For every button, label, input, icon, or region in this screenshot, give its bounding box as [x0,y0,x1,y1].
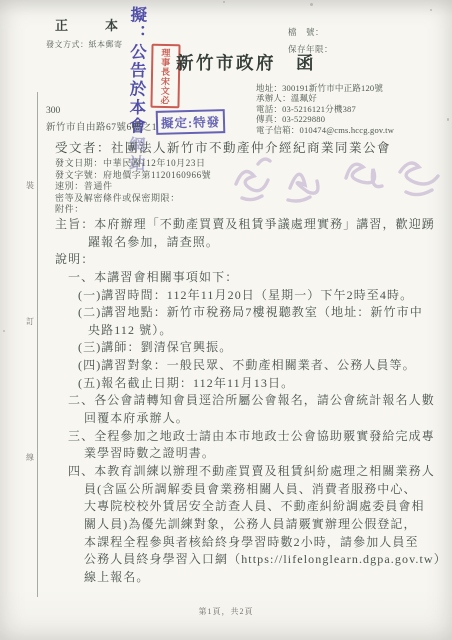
faint-stamp-handwriting-mark [222,138,450,216]
body-line: 員(含區公所調解委員會業務相關人員、消費者服務中心、 [0,481,452,499]
doc-field-line: 附件： [55,204,211,216]
document-title: 新竹市政府 函 [176,50,316,75]
contact-line: 傳真：03-5229880 [256,114,394,124]
body-line: 線上報名。 [0,569,452,587]
contact-line: 承辦人：溫珮好 [256,93,394,103]
body-line: 本課程全程參與者核給終身學習時數2小時，請參加人員至 [0,534,452,552]
body-line: 業學習時數之證明書。 [0,445,452,463]
body-line: 說明： [0,251,452,269]
body-line: 公務人員終身學習入口網（https://lifelonglearn.dgpa.g… [0,551,452,569]
scan-noise-speck [3,330,5,332]
doc-field-line: 發文日期：中華民國112年10月23日 [55,158,211,170]
binding-mark-ding: 訂 [26,316,34,327]
recipient-postal-code: 300 [46,106,60,116]
scan-noise-speck [310,3,313,6]
body-line: (三)講師：劉清保官興振。 [0,339,452,357]
scanned-letter-page: 正 本 發文方式：紙本郵寄 檔 號：保存年限： 擬：公告於本會網站 理事長宋文必… [0,0,452,640]
contact-line: 電子信箱：010474@cms.hccg.gov.tw [256,125,394,135]
body-line: 躍報名參加，請查照。 [0,234,452,252]
scan-noise-speck [430,9,432,11]
body-line: 一、本講習會相關事項如下： [0,269,452,287]
delivery-method-label: 發文方式：紙本郵寄 [46,39,123,50]
file-no-label: 檔 號： [288,27,324,37]
binding-rule-line [37,92,38,597]
body-line: (五)報名截止日期：112年11月13日。 [0,375,452,393]
body-line: (二)講習地點：新竹市稅務局7樓視聽教室（地址：新竹市中 [0,304,452,322]
scan-noise-speck [447,118,449,121]
body-line: 關人員)為優先訓練對象，公務人員請覈實辦理公假登記， [0,516,452,534]
body-line: 主旨：本府辦理「不動產買賣及租賃爭議處理實務」講習，歡迎踴 [0,216,452,234]
handwritten-note-main: 擬：公告於本會 [127,6,147,136]
body-line: (一)講習時間：112年11月20日（星期一）下午2時至4時。 [0,287,452,305]
recipient-address: 新竹市自由路67號6樓之1 [46,119,157,133]
doc-fields-block: 發文日期：中華民國112年10月23日發文字號：府地價字第1120160966號… [55,158,211,216]
body-line: 央路112 號）。 [0,322,452,340]
body-line: (四)講習對象：一般民眾、不動產相關業者、公務人員等。 [0,357,452,375]
binding-mark-zhuang: 裝 [26,180,34,191]
doc-field-line: 發文字號：府地價字第1120160966號 [55,170,211,182]
body-line: 三、全程參加之地政士請由本市地政士公會協助覈實發給完成專 [0,428,452,446]
scan-noise-speck [223,1,225,3]
page-footer: 第1頁，共2頁 [0,606,452,617]
doc-field-line: 速別：普通件 [55,181,211,193]
contact-line: 地址：300191新竹市中正路120號 [256,83,394,93]
body-line: 四、本教育訓練以辦理不動產買賣及租賃糾紛處理之相關業務人 [0,463,452,481]
body-line: 大專院校校外賃居安全訪查人員、不動產糾紛調處委員會相 [0,498,452,516]
body-line: 二、各公會請轉知會員逕洽所屬公會報名，請公會統計報名人數 [0,392,452,410]
body-line: 回覆本府承辦人。 [0,410,452,428]
doc-field-line: 密等及解密條件或保密期限： [55,193,211,205]
agency-contact-block: 地址：300191新竹市中正路120號承辦人：溫珮好電話：03-5216121分… [256,83,394,135]
copy-type-label: 正 本 [55,15,130,34]
body-text-block: 主旨：本府辦理「不動產買賣及租賃爭議處理實務」講習，歡迎踴躍報名參加，請查照。說… [0,216,452,586]
approval-stamp: 擬定:特發 [156,109,226,135]
contact-line: 電話：03-5216121分機387 [256,104,394,114]
binding-mark-xian: 線 [26,452,34,463]
